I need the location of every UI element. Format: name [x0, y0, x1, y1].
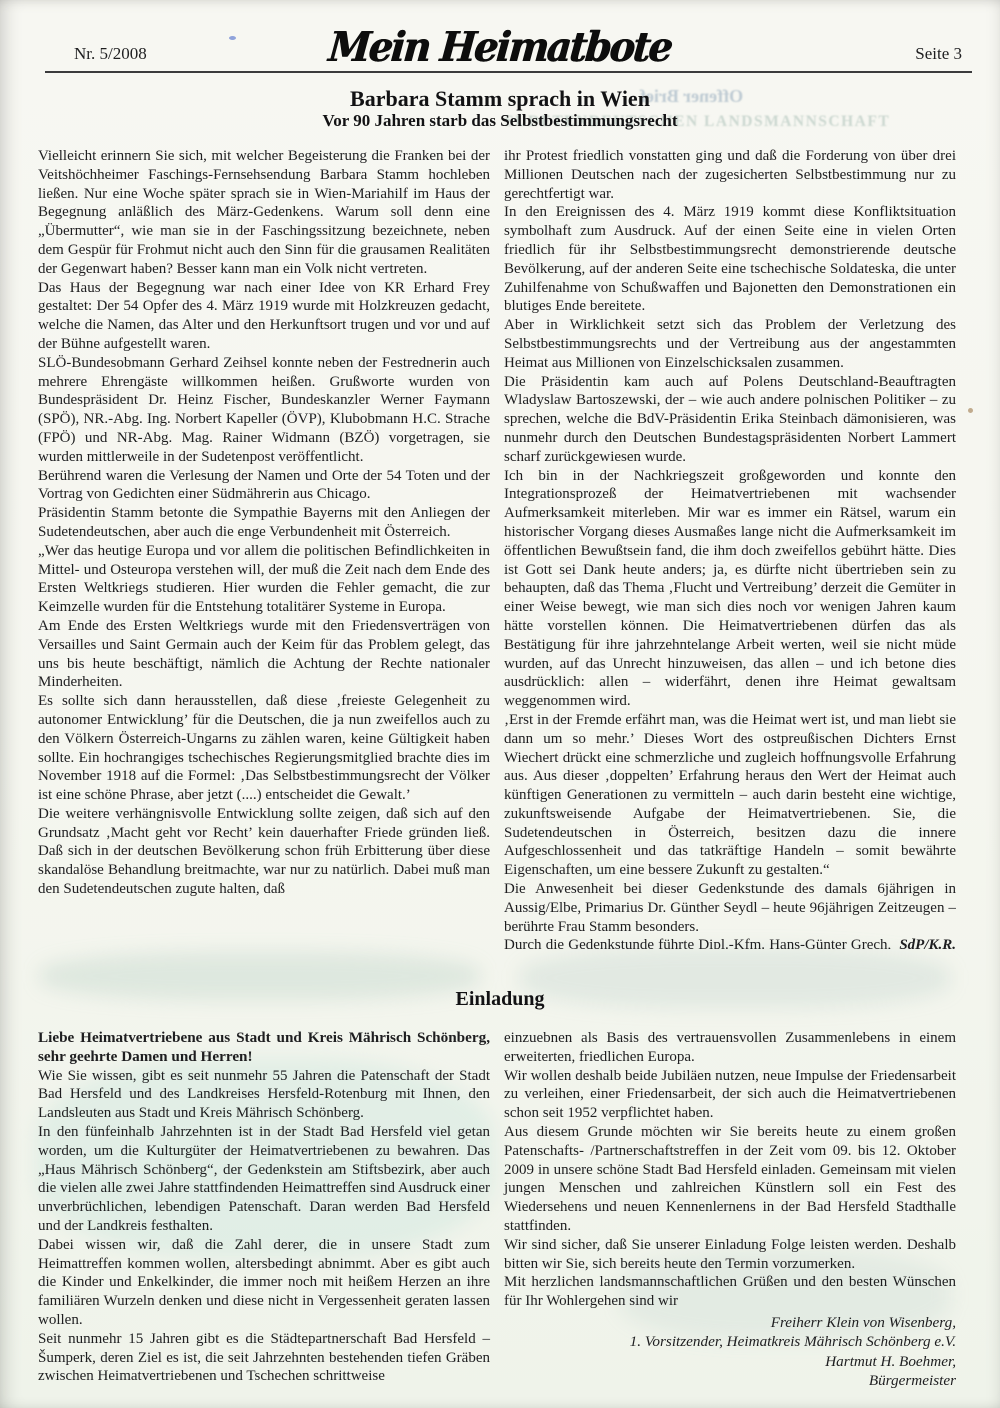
paragraph: Wir wollen deshalb beide Jubiläen nutzen… [504, 1067, 956, 1123]
signature-line: Bürgermeister [504, 1371, 956, 1391]
paragraph: Berührend waren die Verlesung der Namen … [38, 467, 490, 505]
paragraph: Aber in Wirklichkeit setzt sich das Prob… [504, 316, 956, 372]
paragraph: Das Haus der Begegnung war nach einer Id… [38, 279, 490, 354]
paragraph-with-byline: SdP/K.R. Durch die Gedenkstunde führte D… [504, 936, 956, 949]
paragraph: Die weitere verhängnisvolle Entwicklung … [38, 805, 490, 899]
paragraph: Wir sind sicher, daß Sie unserer Einladu… [504, 1236, 956, 1274]
paragraph-text: Durch die Gedenkstunde führte Dipl.-Kfm.… [504, 937, 956, 949]
signature-block: Freiherr Klein von Wisenberg, 1. Vorsitz… [504, 1313, 956, 1391]
header-rule [45, 71, 972, 73]
article-byline: SdP/K.R. [891, 936, 956, 949]
article-subtitle: Vor 90 Jahren starb das Selbstbestimmung… [0, 111, 1000, 131]
paragraph: ihr Protest friedlich vonstatten ging un… [504, 147, 956, 203]
paragraph: Die Präsidentin kam auch auf Polens Deut… [504, 373, 956, 467]
article-column-left: Vielleicht erinnern Sie sich, mit welche… [38, 147, 490, 949]
paragraph: Seit nunmehr 15 Jahren gibt es die Städt… [38, 1330, 490, 1386]
page-number: Seite 3 [915, 44, 962, 64]
signature-line: 1. Vorsitzender, Heimatkreis Mährisch Sc… [504, 1332, 956, 1352]
paragraph: Mit herzlichen landsmannschaftlichen Grü… [504, 1273, 956, 1311]
paragraph: SLÖ-Bundesobmann Gerhard Zeihsel konnte … [38, 354, 490, 467]
paragraph: Ich bin in der Nachkriegszeit großgeword… [504, 467, 956, 711]
masthead-logo: Mein Heimatbote [0, 22, 1000, 71]
signature-line: Freiherr Klein von Wisenberg, [504, 1313, 956, 1333]
paragraph: Wie Sie wissen, gibt es seit nunmehr 55 … [38, 1067, 490, 1123]
article-column-right: ihr Protest friedlich vonstatten ging un… [504, 147, 956, 949]
paragraph: Am Ende des Ersten Weltkriegs wurde mit … [38, 617, 490, 692]
paragraph: Die Anwesenheit bei dieser Gedenkstunde … [504, 880, 956, 936]
article-title: Barbara Stamm sprach in Wien [0, 86, 1000, 112]
paragraph: Es sollte sich dann herausstellen, daß d… [38, 692, 490, 805]
paragraph: Dabei wissen wir, daß die Zahl derer, di… [38, 1236, 490, 1330]
paragraph: „Wer das heutige Europa und vor allem di… [38, 542, 490, 617]
paragraph: Präsidentin Stamm betonte die Sympathie … [38, 504, 490, 542]
article-body: Vielleicht erinnern Sie sich, mit welche… [38, 147, 956, 949]
signature-line: Hartmut H. Boehmer, [504, 1352, 956, 1372]
invitation-salutation: Liebe Heimatvertriebene aus Stadt und Kr… [38, 1029, 490, 1067]
invitation-column-left: Liebe Heimatvertriebene aus Stadt und Kr… [38, 1029, 490, 1393]
paragraph: Aus diesem Grunde möchten wir Sie bereit… [504, 1123, 956, 1236]
invitation-heading: Einladung [0, 988, 1000, 1011]
invitation-body: Liebe Heimatvertriebene aus Stadt und Kr… [38, 1029, 956, 1393]
invitation-column-right: einzuebnen als Basis des vertrauensvolle… [504, 1029, 956, 1393]
paragraph: In den fünfeinhalb Jahrzehnten ist in de… [38, 1123, 490, 1236]
paragraph: Vielleicht erinnern Sie sich, mit welche… [38, 147, 490, 279]
paragraph: ‚Erst in der Fremde erfährt man, was die… [504, 711, 956, 880]
paragraph: einzuebnen als Basis des vertrauensvolle… [504, 1029, 956, 1067]
paragraph: In den Ereignissen des 4. März 1919 komm… [504, 203, 956, 316]
ink-speck [968, 408, 973, 413]
newspaper-page: Offener Brief SUDETENDEUTSCHEN LANDSMANN… [0, 0, 1000, 1408]
